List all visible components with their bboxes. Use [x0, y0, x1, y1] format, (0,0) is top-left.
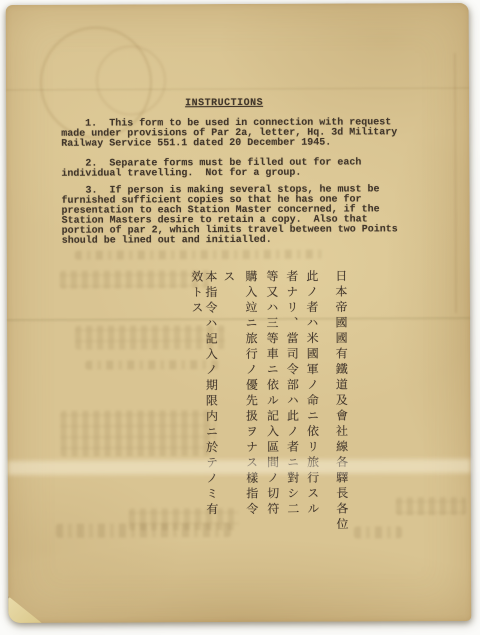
crease-line: [7, 317, 470, 322]
instructions-heading: INSTRUCTIONS: [185, 99, 263, 109]
crease-highlight: [8, 459, 471, 475]
kanji-column-2: 此ノ者ハ米國軍ノ命ニ依リ旅行スル: [304, 270, 322, 518]
paragraph-1: 1. This form to be used in connection wi…: [61, 118, 397, 149]
kanji-column-4: 等又ハ三等車ニ依ル記入區間ノ切符: [264, 270, 282, 518]
stamp-impression-small: [96, 45, 166, 115]
paper-sheet: INSTRUCTIONS 1. This form to be used in …: [6, 3, 472, 623]
bleed-smudge: [85, 360, 220, 370]
bleed-smudge: [75, 250, 325, 260]
kanji-column-1: 日本帝國國有鐵道及會社線各驛長各位: [333, 270, 351, 534]
japanese-text-block: 日本帝國國有鐵道及會社線各驛長各位 此ノ者ハ米國軍ノ命ニ依リ旅行スル 者ナリ、當…: [6, 3, 469, 5]
kanji-column-5: 購入竝ニ旅行ノ優先扱ヲナス樣指令: [243, 270, 261, 518]
bleed-smudge: [129, 508, 239, 530]
kanji-column-3: 者ナリ、當司令部ハ此ノ者ニ對シ二: [284, 270, 302, 518]
kanji-column-6: ス: [221, 270, 238, 286]
paragraph-3: 3. If person is making several stops, he…: [61, 185, 397, 246]
crease-line: [454, 53, 457, 313]
bleed-smudge: [60, 410, 215, 457]
bleed-smudge: [75, 325, 225, 350]
scan-background: INSTRUCTIONS 1. This form to be used in …: [0, 0, 480, 635]
bleed-smudge: [60, 270, 210, 289]
folded-corner: [8, 595, 42, 623]
bleed-smudge: [396, 497, 466, 515]
paragraph-2: 2. Separate forms must be filled out for…: [61, 158, 361, 179]
bleed-smudge: [354, 526, 402, 538]
